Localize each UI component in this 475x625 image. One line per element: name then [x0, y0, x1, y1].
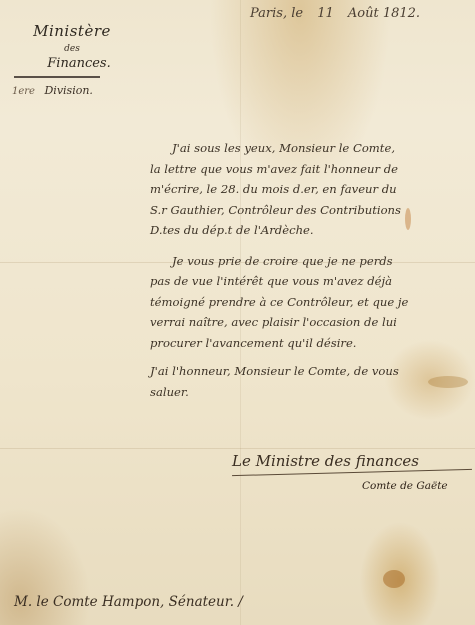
division-ordinal: 1ere — [12, 86, 35, 97]
date-place: Paris, le — [250, 6, 303, 21]
letterhead-des: des — [22, 44, 122, 54]
body-line: pas de vue l'intérêt que vous m'avez déj… — [150, 271, 470, 292]
body-line: Je vous prie de croire que je ne perds — [150, 251, 470, 272]
signature-autograph: Comte de Gaëte — [362, 480, 448, 492]
addressee: M. le Comte Hampon, Sénateur. / — [14, 594, 243, 610]
signature-title: Le Ministre des finances — [232, 452, 419, 470]
letterhead-ministry: Ministère — [22, 22, 122, 40]
paper-fold — [0, 448, 475, 449]
body-line: verrai naître, avec plaisir l'occasion d… — [150, 312, 470, 333]
body-line: D.tes du dép.t de l'Ardèche. — [150, 220, 470, 241]
paragraph-1: J'ai sous les yeux, Monsieur le Comte, l… — [150, 138, 470, 241]
letter-body: J'ai sous les yeux, Monsieur le Comte, l… — [150, 130, 470, 405]
body-line: J'ai sous les yeux, Monsieur le Comte, — [150, 138, 470, 159]
foxing-stain — [383, 570, 405, 588]
paragraph-2: Je vous prie de croire que je ne perds p… — [150, 251, 470, 354]
paragraph-3: J'ai l'honneur, Monsieur le Comte, de vo… — [150, 361, 470, 402]
body-line: S.r Gauthier, Contrôleur des Contributio… — [150, 200, 470, 221]
letterhead: Ministère des Finances. — [22, 22, 122, 71]
dateline: Paris, le 11 Août 1812. — [250, 6, 430, 21]
body-line: saluer. — [150, 382, 470, 403]
date-day: 11 — [317, 6, 334, 21]
body-line: la lettre que vous m'avez fait l'honneur… — [150, 159, 470, 180]
date-month-year: Août 1812. — [348, 6, 420, 21]
body-line: J'ai l'honneur, Monsieur le Comte, de vo… — [150, 361, 470, 382]
letterhead-division: 1ere Division. — [12, 84, 122, 97]
body-line: témoigné prendre à ce Contrôleur, et que… — [150, 292, 470, 313]
division-label: Division. — [44, 84, 92, 97]
body-line: procurer l'avancement qu'il désire. — [150, 333, 470, 354]
body-line: m'écrire, le 28. du mois d.er, en faveur… — [150, 179, 470, 200]
letterhead-department: Finances. — [36, 56, 122, 71]
letterhead-rule — [14, 76, 100, 78]
